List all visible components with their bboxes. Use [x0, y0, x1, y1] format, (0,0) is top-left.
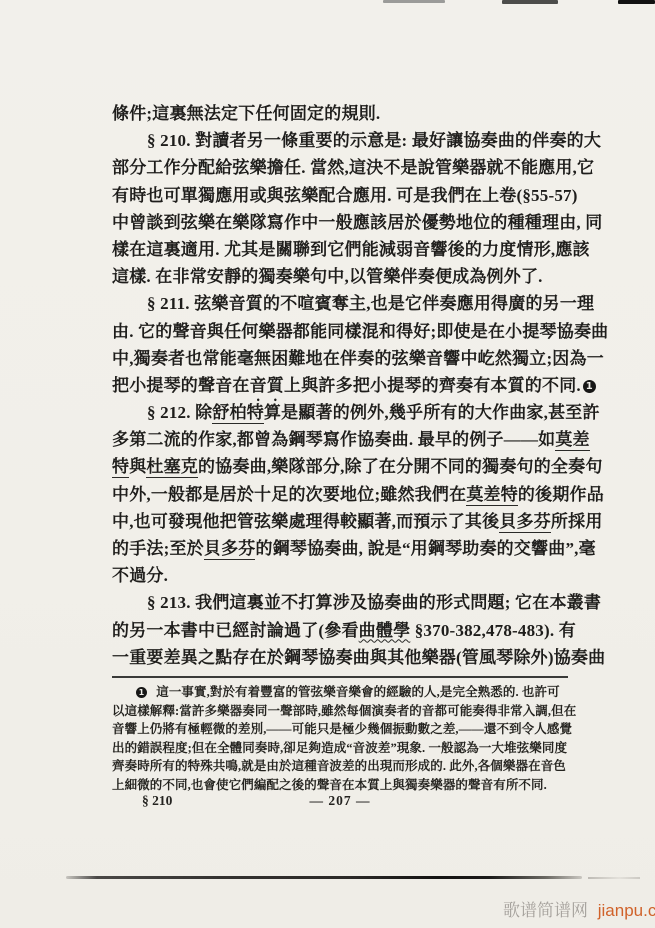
body-text-line: 這樣. 在非常安靜的獨奏樂句中,以管樂伴奏便成為例外了. — [112, 263, 574, 290]
watermark-site-url: jianpu.cn — [598, 901, 655, 920]
body-text-line: 一重要差異之點存在於鋼琴協奏曲與其他樂器(管風琴除外)協奏曲 — [112, 644, 574, 671]
page-footer: § 210 — 207 — — [112, 793, 568, 813]
footnote-line: 齊奏時所有的特殊共鳴,就是由於這種音波差的出現而形成的. 此外,各個樂器在音色 — [112, 757, 580, 776]
body-text-line: 多第二流的作家,都曾為鋼琴寫作協奏曲. 最早的例子——如莫差 — [112, 426, 574, 453]
body-text-line: 部分工作分配給弦樂擔任. 當然,這決不是說管樂器就不能應用,它 — [112, 154, 574, 181]
body-text-line: 由. 它的聲音與任何樂器都能同樣混和得好;即使是在小提琴協奏曲 — [112, 318, 574, 345]
body-text-line: § 213. 我們這裏並不打算涉及協奏曲的形式問題; 它在本叢書 — [112, 589, 574, 616]
body-text-line: 條件;這裏無法定下任何固定的規則. — [112, 100, 574, 127]
footnote-text: 1 這一事實,對於有着豐富的管弦樂音樂會的經驗的人,是完全熟悉的. 也許可以這樣… — [112, 683, 580, 794]
body-text-line: 有時也可單獨應用或與弦樂配合應用. 可是我們在上卷(§55-57) — [112, 182, 574, 209]
watermark-site-name: 歌谱简谱网 — [503, 901, 588, 920]
scan-edge-artifact — [383, 0, 445, 3]
footnote-line: 1 這一事實,對於有着豐富的管弦樂音樂會的經驗的人,是完全熟悉的. 也許可 — [112, 683, 580, 702]
footnote-ref-icon: 1 — [583, 380, 596, 393]
body-text-line: § 211. 弦樂音質的不喧賓奪主,也是它伴奏應用得廣的另一理 — [112, 290, 574, 317]
body-text-line: 特與杜塞克的協奏曲,樂隊部分,除了在分開不同的獨奏句的全奏句 — [112, 453, 574, 480]
body-text-line: 的手法;至於貝多芬的鋼琴協奏曲, 說是“用鋼琴助奏的交響曲”,毫 — [112, 535, 574, 562]
body-text-line: § 212. 除舒柏特算是顯著的例外,幾乎所有的大作曲家,甚至許 — [112, 399, 574, 426]
body-text-line: 中曾談到弦樂在樂隊寫作中一般應該居於優勢地位的種種理由, 同 — [112, 209, 574, 236]
footnote-line: 上細微的不同,也會使它們編配之後的聲音在本質上與獨奏樂器的聲音有所不同. — [112, 776, 580, 795]
watermark: 歌谱简谱网 jianpu.cn — [503, 896, 655, 921]
body-text: 條件;這裏無法定下任何固定的規則.§ 210. 對讀者另一條重要的示意是: 最好… — [112, 100, 574, 671]
footnote-line: 以這樣解釋:當許多樂器奏同一聲部時,雖然每個演奏者的音都可能奏得非常入調,但在 — [112, 702, 580, 721]
body-text-line: 不過分. — [112, 562, 574, 589]
scan-edge-artifact — [502, 0, 558, 4]
body-text-line: 的另一本書中已經討論過了(參看曲體學 §370-382,478-483). 有 — [112, 617, 574, 644]
footer-page-number: — 207 — — [112, 793, 568, 809]
body-text-line: 中,也可發現他把管弦樂處理得較顯著,而預示了其後貝多芬所採用 — [112, 508, 574, 535]
body-text-line: § 210. 對讀者另一條重要的示意是: 最好讓協奏曲的伴奏的大 — [112, 127, 574, 154]
footnote-line: 出的錯誤程度;但在全體同奏時,卻足夠造成“音波差”現象. 一般認為一大堆弦樂同度 — [112, 739, 580, 758]
body-text-line: 中外,一般都是居於十足的次要地位;雖然我們在莫差特的後期作品 — [112, 481, 574, 508]
footnote-line: 音響上仍將有極輕微的差別,——可能只是極少幾個振動數之差,——還不到令人感覺 — [112, 720, 580, 739]
body-text-line: 把小提琴的聲音在音質上與許多把小提琴的齊奏有本質的不同.1 — [112, 372, 574, 399]
scan-bottom-smudge-tail — [588, 877, 640, 879]
body-text-line: 樣在這裏適用. 尤其是關聯到它們能減弱音響後的力度情形,應該 — [112, 236, 574, 263]
scanned-book-page: 條件;這裏無法定下任何固定的規則.§ 210. 對讀者另一條重要的示意是: 最好… — [0, 0, 655, 928]
scan-bottom-smudge — [66, 876, 582, 879]
footnote-separator — [112, 676, 568, 678]
footnote-ref-icon: 1 — [136, 687, 147, 698]
body-text-line: 中,獨奏者也常能毫無困難地在伴奏的弦樂音響中屹然獨立;因為一 — [112, 345, 574, 372]
scan-edge-artifact — [618, 0, 655, 4]
